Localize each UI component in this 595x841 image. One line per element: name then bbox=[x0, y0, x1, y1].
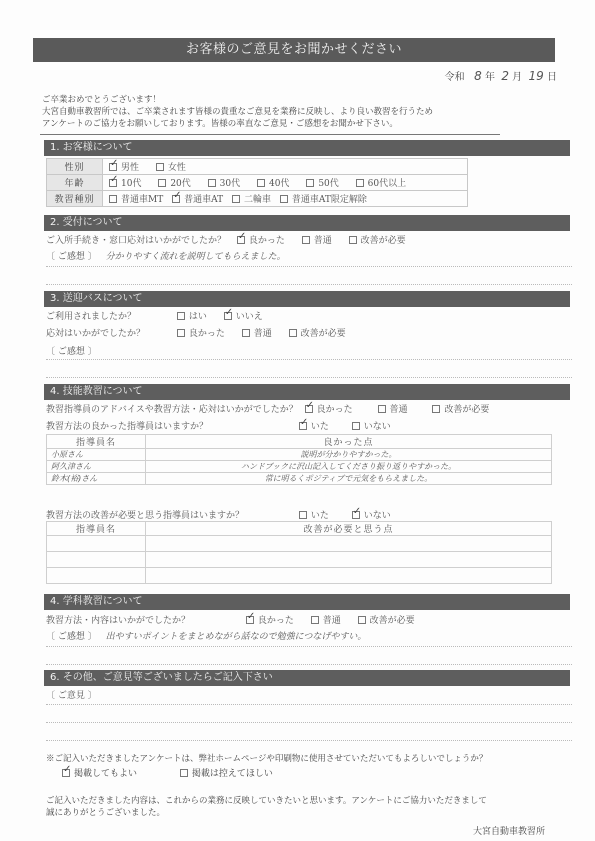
good-point-cell[interactable]: 常に明るくポジティブで元気をもらえました。 bbox=[146, 473, 552, 485]
instructor-name-cell[interactable]: 阿久津さん bbox=[47, 461, 146, 473]
gender-female-option[interactable]: 女性 bbox=[156, 160, 186, 173]
checkbox-icon[interactable] bbox=[432, 405, 440, 413]
comment-line bbox=[46, 664, 572, 665]
publication-consent-options: 掲載してもよい 掲載は控えてほしい bbox=[62, 766, 287, 779]
instructor-name-cell[interactable]: 鈴木(裕)さん bbox=[47, 473, 146, 485]
date-year[interactable]: 8 bbox=[474, 69, 482, 83]
publication-consent-question: ※ご記入いただきましたアンケートは、弊社ホームページや印刷物に使用させていただい… bbox=[46, 752, 487, 764]
bus-service-question: 応対はいかがでしたか？ bbox=[46, 326, 174, 339]
classroom-question-row: 教習方法・内容はいかがでしたか？ 良かった 普通 改善が必要 bbox=[46, 613, 429, 626]
closing-message: ご記入いただきました内容は、これからの業務に反映していきたいと思います。アンケー… bbox=[46, 795, 566, 819]
survey-page: お客様のご意見をお聞かせください 令和 8 年 2 月 19 日 ご卒業おめでと… bbox=[0, 0, 595, 841]
divider bbox=[40, 134, 500, 135]
course-type-label: 教習種別 bbox=[47, 191, 103, 207]
date-year-unit: 年 bbox=[485, 72, 495, 83]
good-instructor-table: 指導員名 良かった点 小原さん 説明が分かりやすかった。 阿久津さん ハンドブッ… bbox=[46, 434, 552, 485]
checkbox-checked-icon[interactable] bbox=[62, 769, 70, 777]
instructor-name-cell[interactable] bbox=[47, 552, 146, 568]
comment-line bbox=[46, 377, 572, 378]
instructor-improve-option[interactable]: 改善が必要 bbox=[432, 402, 489, 415]
checkbox-icon[interactable] bbox=[352, 422, 360, 430]
checkbox-icon[interactable] bbox=[306, 179, 314, 187]
page-title: お客様のご意見をお聞かせください bbox=[33, 38, 555, 62]
classroom-comment-row: 〔 ご感想 〕 出やすいポイントをまとめながら話なので勉強につなげやすい。 bbox=[46, 629, 366, 642]
date-month[interactable]: 2 bbox=[501, 69, 509, 83]
reception-question-row: ご入所手続き・窓口応対はいかがでしたか？ 良かった 普通 改善が必要 bbox=[46, 233, 420, 246]
customer-info-table: 性別 男性 女性 年齢 10代 20代 30代 40代 50代 60代以上 教習… bbox=[46, 158, 468, 207]
table-row: 鈴木(裕)さん 常に明るくポジティブで元気をもらえました。 bbox=[47, 473, 552, 485]
age-row: 年齢 10代 20代 30代 40代 50代 60代以上 bbox=[47, 175, 468, 191]
improve-point-cell[interactable] bbox=[146, 568, 552, 584]
bus-usage-question: ご利用されましたか？ bbox=[46, 309, 174, 322]
checkbox-icon[interactable] bbox=[289, 329, 297, 337]
course-motorcycle-option[interactable]: 二輪車 bbox=[232, 192, 271, 205]
improve-point-cell[interactable] bbox=[146, 536, 552, 552]
checkbox-checked-icon[interactable] bbox=[224, 312, 232, 320]
bus-yes-option[interactable]: はい bbox=[177, 309, 207, 322]
table-row bbox=[47, 568, 552, 584]
improve-instructor-yes-option[interactable]: いた bbox=[299, 508, 329, 521]
consent-decline-option[interactable]: 掲載は控えてほしい bbox=[180, 766, 273, 779]
other-comment-row: 〔 ご意見 〕 bbox=[46, 688, 103, 701]
good-instructor-row: 教習方法の良かった指導員はいますか？ いた いない bbox=[46, 419, 405, 432]
course-at-removal-option[interactable]: 普通車AT限定解除 bbox=[280, 192, 367, 205]
bus-no-option[interactable]: いいえ bbox=[224, 309, 263, 322]
date-month-unit: 月 bbox=[512, 72, 522, 83]
checkbox-icon[interactable] bbox=[177, 312, 185, 320]
age-30s-option[interactable]: 30代 bbox=[208, 176, 240, 189]
section-heading-driving-lessons: 4. 技能教習について bbox=[44, 384, 570, 400]
comment-line bbox=[46, 284, 572, 285]
date-day[interactable]: 19 bbox=[529, 69, 544, 83]
other-comment-label: 〔 ご意見 〕 bbox=[46, 691, 97, 701]
checkbox-icon[interactable] bbox=[242, 329, 250, 337]
good-point-cell[interactable]: 説明が分かりやすかった。 bbox=[146, 449, 552, 461]
good-points-header: 良かった点 bbox=[146, 435, 552, 449]
checkbox-checked-icon[interactable] bbox=[237, 236, 245, 244]
improve-point-cell[interactable] bbox=[146, 552, 552, 568]
improve-instructor-question: 教習方法の改善が必要と思う指導員はいますか？ bbox=[46, 508, 296, 521]
age-40s-option[interactable]: 40代 bbox=[257, 176, 289, 189]
instructor-rating-row: 教習指導員のアドバイスや教習方法・応対はいかがでしたか？ 良かった 普通 改善が… bbox=[46, 402, 503, 415]
section-heading-shuttle-bus: 3. 送迎バスについて bbox=[44, 291, 570, 307]
gender-label: 性別 bbox=[47, 159, 103, 175]
comment-line bbox=[46, 704, 572, 705]
table-header: 指導員名 良かった点 bbox=[47, 435, 552, 449]
checkbox-checked-icon[interactable] bbox=[246, 616, 254, 624]
reception-question: ご入所手続き・窓口応対はいかがでしたか？ bbox=[46, 233, 226, 246]
gender-row: 性別 男性 女性 bbox=[47, 159, 468, 175]
bus-good-option[interactable]: 良かった bbox=[177, 326, 225, 339]
instructor-good-option[interactable]: 良かった bbox=[305, 402, 353, 415]
reception-good-option[interactable]: 良かった bbox=[237, 233, 285, 246]
intro-line-3: アンケートのご協力をお願いしております。皆様の率直なご意見・ご感想をお聞かせ下さ… bbox=[42, 118, 562, 130]
checkbox-icon[interactable] bbox=[280, 195, 288, 203]
comment-line bbox=[46, 359, 572, 360]
checkbox-icon[interactable] bbox=[232, 195, 240, 203]
age-10s-option[interactable]: 10代 bbox=[109, 176, 141, 189]
checkbox-icon[interactable] bbox=[109, 195, 117, 203]
classroom-comment-label: 〔 ご感想 〕 bbox=[46, 632, 97, 642]
improve-points-header: 改善が必要と思う点 bbox=[146, 522, 552, 536]
checkbox-icon[interactable] bbox=[257, 179, 265, 187]
improve-instructor-row: 教習方法の改善が必要と思う指導員はいますか？ いた いない bbox=[46, 508, 405, 521]
closing-line-1: ご記入いただきました内容は、これからの業務に反映していきたいと思います。アンケー… bbox=[46, 795, 566, 807]
course-type-row: 教習種別 普通車MT 普通車AT 二輪車 普通車AT限定解除 bbox=[47, 191, 468, 207]
classroom-normal-option[interactable]: 普通 bbox=[311, 613, 341, 626]
reception-normal-option[interactable]: 普通 bbox=[302, 233, 332, 246]
classroom-good-option[interactable]: 良かった bbox=[246, 613, 294, 626]
checkbox-icon[interactable] bbox=[349, 236, 357, 244]
section-heading-customer: 1. お客様について bbox=[44, 140, 570, 156]
checkbox-icon[interactable] bbox=[302, 236, 310, 244]
bus-usage-row: ご利用されましたか？ はい いいえ bbox=[46, 309, 277, 322]
bus-service-row: 応対はいかがでしたか？ 良かった 普通 改善が必要 bbox=[46, 326, 360, 339]
instructor-name-header: 指導員名 bbox=[47, 522, 146, 536]
classroom-question: 教習方法・内容はいかがでしたか？ bbox=[46, 613, 243, 626]
bus-improve-option[interactable]: 改善が必要 bbox=[289, 326, 346, 339]
reception-improve-option[interactable]: 改善が必要 bbox=[349, 233, 406, 246]
checkbox-checked-icon[interactable] bbox=[109, 163, 117, 171]
comment-line bbox=[46, 740, 572, 741]
good-instructor-question: 教習方法の良かった指導員はいますか？ bbox=[46, 419, 296, 432]
comment-line bbox=[46, 646, 572, 647]
checkbox-checked-icon[interactable] bbox=[109, 179, 117, 187]
age-label: 年齢 bbox=[47, 175, 103, 191]
closing-line-2: 誠にありがとうございました。 bbox=[46, 807, 566, 819]
good-instructor-yes-option[interactable]: いた bbox=[299, 419, 329, 432]
reception-comment-label: 〔 ご感想 〕 bbox=[46, 252, 97, 262]
consent-allow-option[interactable]: 掲載してもよい bbox=[62, 766, 137, 779]
checkbox-checked-icon[interactable] bbox=[299, 422, 307, 430]
checkbox-checked-icon[interactable] bbox=[352, 511, 360, 519]
classroom-comment-field[interactable]: 出やすいポイントをまとめながら話なので勉強につなげやすい。 bbox=[106, 632, 367, 642]
instructor-name-cell[interactable]: 小原さん bbox=[47, 449, 146, 461]
checkbox-icon[interactable] bbox=[378, 405, 386, 413]
checkbox-checked-icon[interactable] bbox=[305, 405, 313, 413]
age-60s-plus-option[interactable]: 60代以上 bbox=[356, 176, 406, 189]
course-at-option[interactable]: 普通車AT bbox=[172, 192, 223, 205]
age-20s-option[interactable]: 20代 bbox=[158, 176, 190, 189]
good-point-cell[interactable]: ハンドブックに沢山記入してくださり振り返りやすかった。 bbox=[146, 461, 552, 473]
instructor-rating-question: 教習指導員のアドバイスや教習方法・応対はいかがでしたか？ bbox=[46, 402, 298, 415]
intro-text: ご卒業おめでとうございます！ 大宮自動車教習所では、ご卒業されます皆様の貴重なご… bbox=[42, 94, 562, 130]
bus-comment-row: 〔 ご感想 〕 bbox=[46, 344, 103, 357]
checkbox-icon[interactable] bbox=[311, 616, 319, 624]
comment-line bbox=[46, 266, 572, 267]
table-row bbox=[47, 552, 552, 568]
checkbox-icon[interactable] bbox=[180, 769, 188, 777]
intro-line-1: ご卒業おめでとうございます！ bbox=[42, 94, 562, 106]
date-row: 令和 8 年 2 月 19 日 bbox=[445, 68, 557, 83]
reception-comment-row: 〔 ご感想 〕 分かりやすく流れを説明してもらえました。 bbox=[46, 249, 286, 262]
checkbox-icon[interactable] bbox=[208, 179, 216, 187]
table-row: 小原さん 説明が分かりやすかった。 bbox=[47, 449, 552, 461]
good-instructor-no-option[interactable]: いない bbox=[352, 419, 391, 432]
bus-comment-label: 〔 ご感想 〕 bbox=[46, 347, 97, 357]
gender-male-option[interactable]: 男性 bbox=[109, 160, 139, 173]
section-heading-reception: 2. 受付について bbox=[44, 215, 570, 231]
age-50s-option[interactable]: 50代 bbox=[306, 176, 338, 189]
instructor-name-header: 指導員名 bbox=[47, 435, 146, 449]
classroom-improve-option[interactable]: 改善が必要 bbox=[358, 613, 415, 626]
instructor-name-cell[interactable] bbox=[47, 568, 146, 584]
improve-instructor-table: 指導員名 改善が必要と思う点 bbox=[46, 521, 552, 584]
table-header: 指導員名 改善が必要と思う点 bbox=[47, 522, 552, 536]
checkbox-icon[interactable] bbox=[356, 179, 364, 187]
checkbox-icon[interactable] bbox=[158, 179, 166, 187]
reception-comment-field[interactable]: 分かりやすく流れを説明してもらえました。 bbox=[106, 252, 286, 262]
section-heading-other-feedback: 6. その他、ご意見等ございましたらご記入下さい bbox=[44, 670, 570, 686]
instructor-name-cell[interactable] bbox=[47, 536, 146, 552]
improve-instructor-no-option[interactable]: いない bbox=[352, 508, 391, 521]
table-row: 阿久津さん ハンドブックに沢山記入してくださり振り返りやすかった。 bbox=[47, 461, 552, 473]
comment-line bbox=[46, 722, 572, 723]
checkbox-checked-icon[interactable] bbox=[172, 195, 180, 203]
intro-line-2: 大宮自動車教習所では、ご卒業されます皆様の貴重なご意見を業務に反映し、より良い教… bbox=[42, 106, 562, 118]
table-row bbox=[47, 536, 552, 552]
date-day-unit: 日 bbox=[547, 72, 557, 83]
section-heading-classroom-lessons: 4. 学科教習について bbox=[44, 594, 570, 610]
date-era: 令和 bbox=[445, 72, 465, 83]
checkbox-icon[interactable] bbox=[358, 616, 366, 624]
checkbox-icon[interactable] bbox=[156, 163, 164, 171]
checkbox-icon[interactable] bbox=[177, 329, 185, 337]
school-signature: 大宮自動車教習所 bbox=[473, 824, 545, 837]
instructor-normal-option[interactable]: 普通 bbox=[378, 402, 408, 415]
checkbox-icon[interactable] bbox=[299, 511, 307, 519]
bus-normal-option[interactable]: 普通 bbox=[242, 326, 272, 339]
course-mt-option[interactable]: 普通車MT bbox=[109, 192, 163, 205]
